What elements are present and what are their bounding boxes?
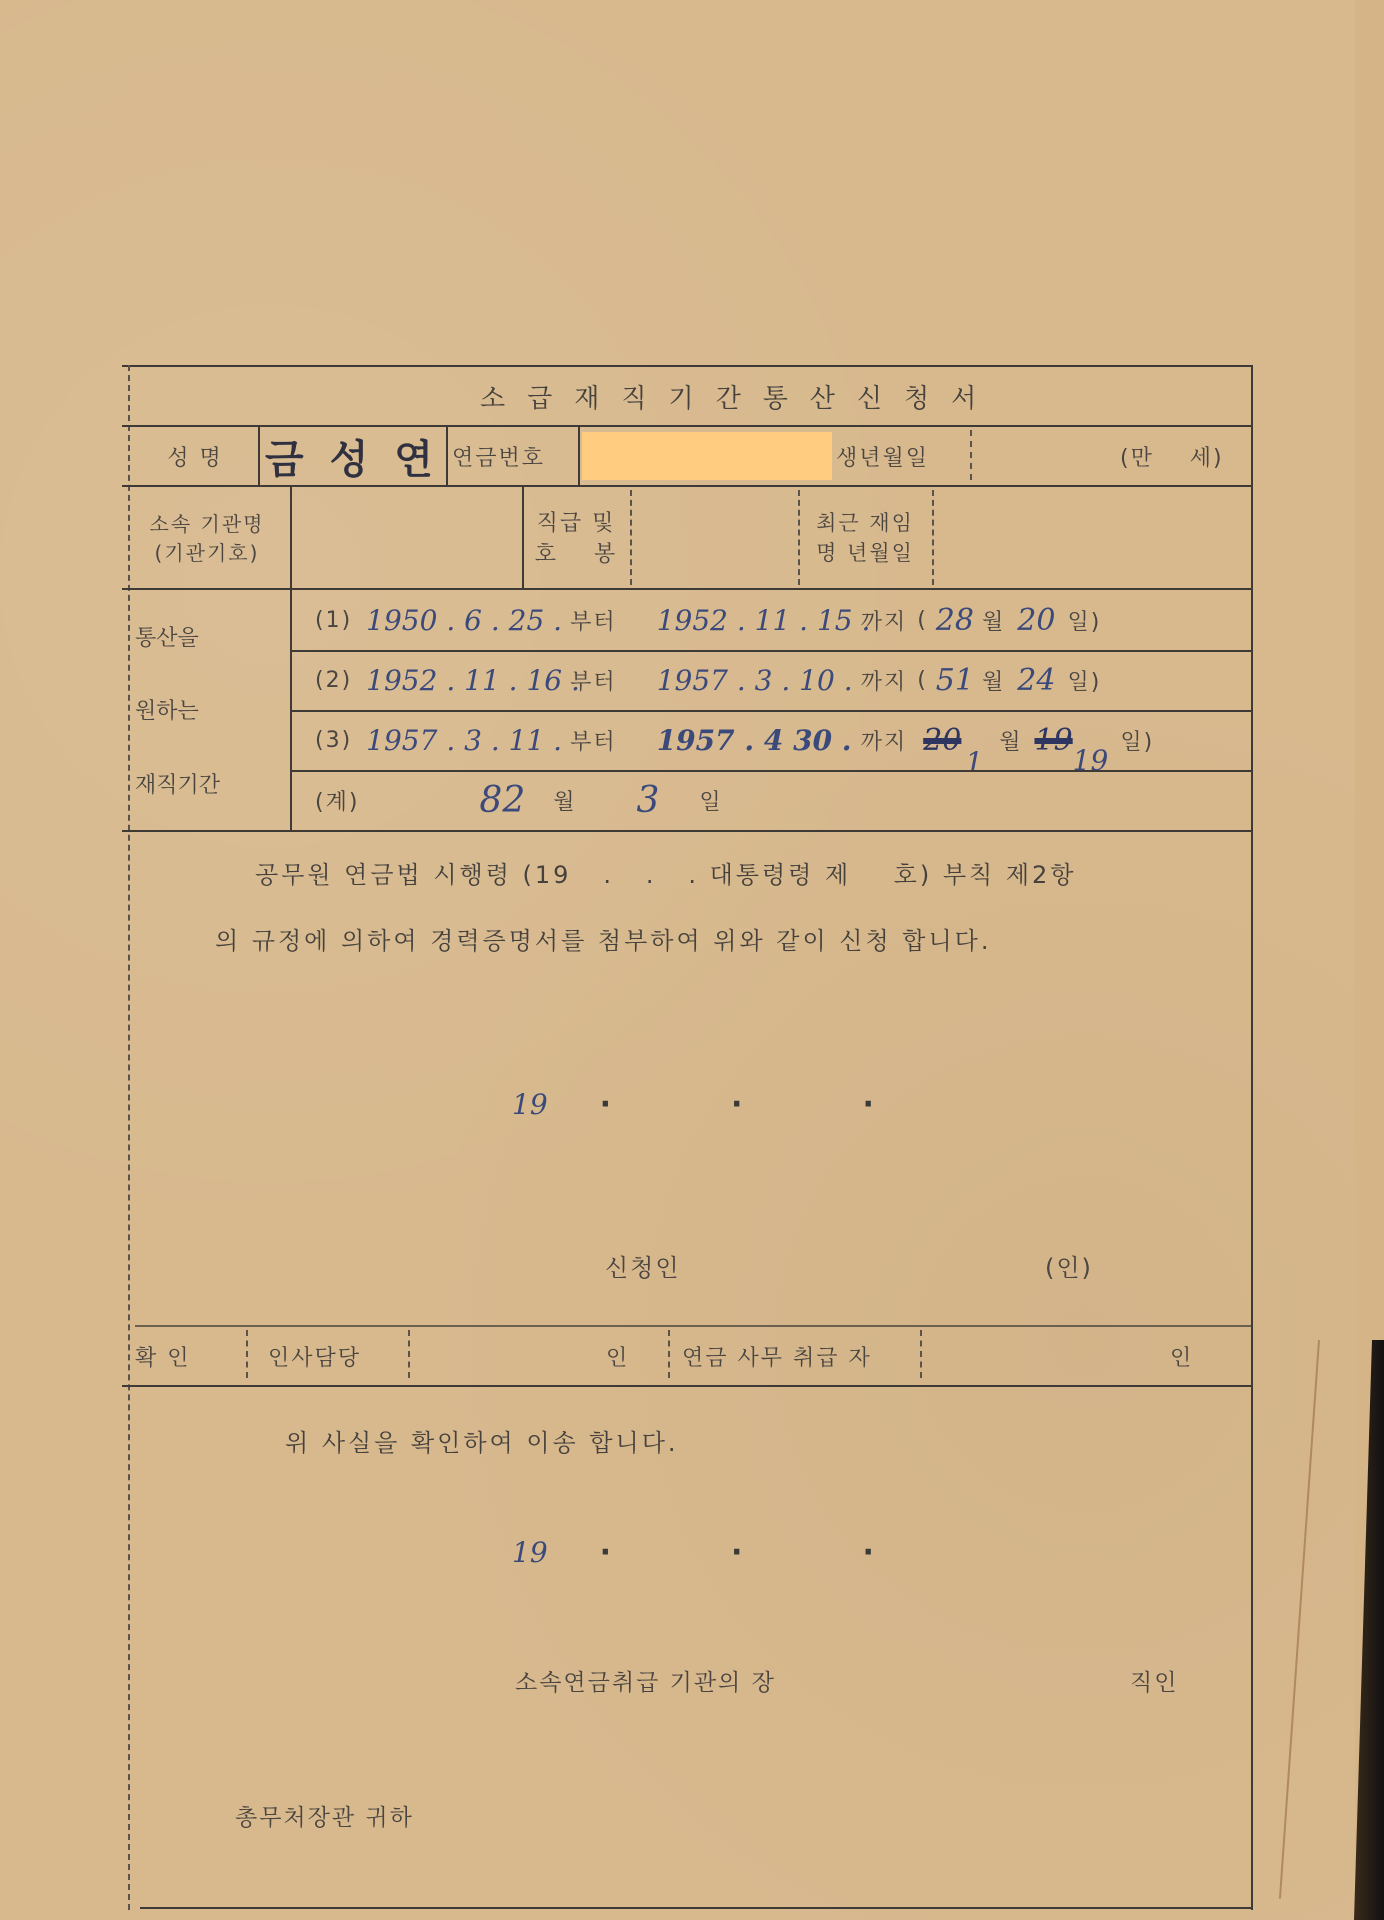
period-1-to: 1952 . 11 . 15 . <box>657 604 857 637</box>
transfer-date[interactable]: 19 · · · <box>512 1528 912 1576</box>
recent-appointment-label-line1: 최근 재임 <box>816 507 914 537</box>
birthdate-label: 생년월일 <box>836 430 929 482</box>
period-total-label: (계) <box>315 785 359 816</box>
period-side-label-line3: 재직기간 <box>135 768 220 799</box>
name-label: 성 명 <box>140 430 250 482</box>
period-3-index: (3) <box>315 728 352 753</box>
period-2-from-suffix: 부터 <box>570 665 617 696</box>
application-date-dot-3: · <box>862 1087 873 1122</box>
period-side-label: 통산을 원하는 재직기간 <box>135 600 285 820</box>
org-name-label-line2: (기관기호) <box>155 537 260 566</box>
period-2-from: 1952 . 11 . 16 . <box>366 664 566 697</box>
period-2-month-unit: 월 <box>982 665 1005 696</box>
pension-no-divider <box>578 425 580 485</box>
addressee: 총무처장관 귀하 <box>235 1795 414 1835</box>
application-date[interactable]: 19 · · · <box>512 1080 912 1128</box>
birthdate-divider <box>970 430 972 480</box>
period-total-day-unit: 일 <box>699 785 722 816</box>
rank-field[interactable] <box>634 488 794 584</box>
period-side-label-line2: 원하는 <box>135 694 199 725</box>
period-total-row[interactable]: (계) 82 월 3 일 <box>315 772 1245 828</box>
period-1-open-paren: ( <box>917 608 928 633</box>
period-3-from: 1957 . 3 . 11 . <box>366 724 566 757</box>
period-1-index: (1) <box>315 608 352 633</box>
confirm-label: 확 인 <box>135 1330 191 1382</box>
statement-line-2: 의 규정에 의하여 경력증명서를 첨부하여 위와 같이 신청 합니다. <box>215 918 991 958</box>
form-title: 소급재직기간통산신청서 <box>480 374 998 418</box>
confirm-divider-1 <box>246 1330 248 1378</box>
transfer-date-dot-2: · <box>731 1535 742 1570</box>
period-2-days: 24 <box>1017 663 1055 698</box>
period-total-months: 82 <box>479 780 525 821</box>
period-3-to: 1957 . 4 30 . <box>657 724 857 757</box>
application-date-dot-2: · <box>731 1087 742 1122</box>
period-2-to-suffix: 까지 <box>861 665 908 696</box>
period-2-index: (2) <box>315 668 352 693</box>
name-label-divider <box>258 425 260 485</box>
period-side-label-line1: 통산을 <box>135 621 199 652</box>
period-3-month-unit: 월 <box>999 725 1022 756</box>
period-2-day-unit: 일) <box>1067 665 1101 696</box>
transfer-statement: 위 사실을 확인하여 이송 합니다. <box>285 1420 679 1460</box>
rank-label-line2: 호 봉 <box>535 537 617 568</box>
rank-label-line1: 직급 및 <box>537 506 616 537</box>
agency-head-label: 소속연금취급 기관의 장 <box>515 1660 776 1700</box>
name-divider <box>446 425 448 485</box>
period-1-months: 28 <box>936 603 974 638</box>
org-field-divider <box>522 485 524 588</box>
confirm-divider-4 <box>920 1330 922 1378</box>
org-label-divider <box>290 485 292 830</box>
paper-fold-line <box>1279 1340 1320 1899</box>
period-2-open-paren: ( <box>917 668 928 693</box>
confirm-divider-2 <box>408 1330 410 1378</box>
statement-line-1: 공무원 연금법 시행령 (19 . . . 대통령령 제 호) 부칙 제2항 <box>255 852 1077 892</box>
period-section-divider <box>122 830 1253 832</box>
scan-edge-shadow <box>1354 1340 1384 1920</box>
hr-officer-seal[interactable]: 인 <box>606 1330 629 1382</box>
period-3-days-struck: 19 <box>1034 723 1072 758</box>
recent-appointment-label: 최근 재임 명 년월일 <box>800 492 930 582</box>
applicant-label: 신청인 <box>605 1245 681 1285</box>
period-3-from-suffix: 부터 <box>570 725 617 756</box>
hr-officer-label: 인사담당 <box>268 1330 361 1382</box>
period-3-to-suffix: 까지 <box>861 725 908 756</box>
table-left-border <box>128 365 130 1910</box>
table-bottom-border <box>140 1907 1253 1909</box>
period-1-month-unit: 월 <box>982 605 1005 636</box>
rank-label: 직급 및 호 봉 <box>526 492 626 582</box>
pension-clerk-label: 연금 사무 취급 자 <box>682 1330 872 1382</box>
applicant-seal[interactable]: (인) <box>1045 1245 1093 1285</box>
confirm-row-top <box>135 1325 1253 1327</box>
table-top-border <box>122 365 1253 367</box>
age-label: (만 세) <box>1120 430 1224 482</box>
period-row-3[interactable]: (3) 1957 . 3 . 11 . 부터 1957 . 4 30 . 까지 … <box>315 712 1245 768</box>
org-name-label: 소속 기관명 (기관기호) <box>132 492 282 582</box>
pension-number-redaction <box>582 432 832 480</box>
period-1-from-suffix: 부터 <box>570 605 617 636</box>
org-name-label-line1: 소속 기관명 <box>150 508 265 537</box>
period-1-days: 20 <box>1017 603 1055 638</box>
org-row-divider <box>122 588 1253 590</box>
confirm-divider-3 <box>668 1330 670 1378</box>
period-1-to-suffix: 까지 <box>861 605 908 636</box>
org-name-field[interactable] <box>294 488 519 584</box>
period-1-from: 1950 . 6 . 25 . <box>366 604 566 637</box>
pension-number-label: 연금번호 <box>452 430 545 482</box>
recent-appointment-label-line2: 명 년월일 <box>816 537 914 567</box>
transfer-date-dot-1: · <box>600 1535 611 1570</box>
table-right-border <box>1251 365 1253 1910</box>
rank-label-divider <box>630 490 632 585</box>
transfer-date-dot-3: · <box>862 1535 873 1570</box>
transfer-date-year-prefix: 19 <box>512 1536 548 1569</box>
recent-appointment-field[interactable] <box>936 488 1248 584</box>
application-date-dot-1: · <box>600 1087 611 1122</box>
period-total-days: 3 <box>637 780 660 821</box>
recent-label-divider <box>932 490 934 585</box>
period-3-months-struck: 20 <box>923 723 961 758</box>
applicant-name[interactable]: 금성연 <box>265 428 459 484</box>
period-row-2[interactable]: (2) 1952 . 11 . 16 . 부터 1957 . 3 . 10 . … <box>315 652 1245 708</box>
period-1-day-unit: 일) <box>1067 605 1101 636</box>
paper-sheet: 소급재직기간통산신청서 성 명 금성연 연금번호 생년월일 (만 세) 소속 기… <box>0 0 1355 1920</box>
period-2-months: 51 <box>936 663 974 698</box>
agency-head-seal[interactable]: 직인 <box>1130 1660 1178 1700</box>
confirm-row-bottom <box>122 1385 1253 1387</box>
period-3-day-unit: 일) <box>1120 725 1154 756</box>
period-row-1[interactable]: (1) 1950 . 6 . 25 . 부터 1952 . 11 . 15 . … <box>315 592 1245 648</box>
period-total-month-unit: 월 <box>553 785 576 816</box>
pension-clerk-seal[interactable]: 인 <box>1170 1330 1193 1382</box>
application-date-year-prefix: 19 <box>512 1088 548 1121</box>
period-2-to: 1957 . 3 . 10 . <box>657 664 857 697</box>
